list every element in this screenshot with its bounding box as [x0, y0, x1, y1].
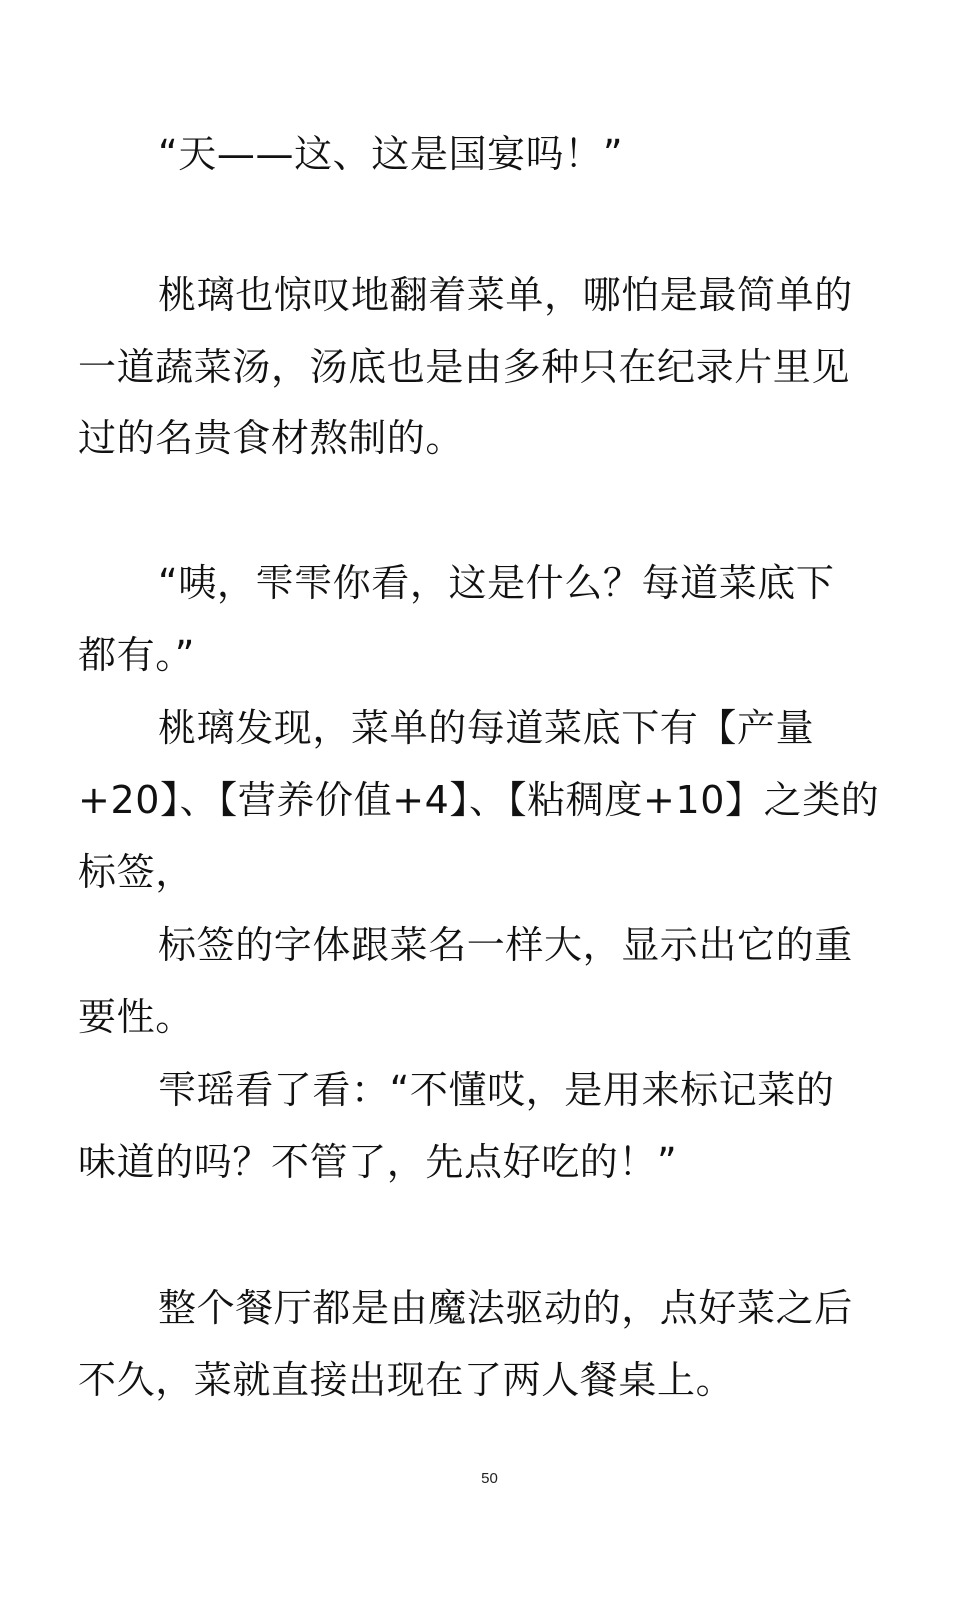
text-line: 一道蔬菜汤，汤底也是由多种只在纪录片里见 [78, 331, 880, 403]
text-line: 雫瑶看了看：“不懂哎，是用来标记菜的 [78, 1054, 960, 1126]
text-line: +20】、【营养价值+4】、【粘稠度+10】之类的 [78, 764, 880, 836]
page-number: 50 [0, 1470, 979, 1487]
text-line: 都有。” [78, 619, 880, 691]
text-line: “咦，雫雫你看，这是什么？每道菜底下 [78, 547, 960, 619]
text-line: 标签的字体跟菜名一样大，显示出它的重 [78, 909, 960, 981]
text-line: 不久，菜就直接出现在了两人餐桌上。 [78, 1344, 880, 1416]
text-line: 味道的吗？不管了，先点好吃的！” [78, 1126, 880, 1198]
text-line: 过的名贵食材熬制的。 [78, 402, 880, 474]
text-line: 标签， [78, 836, 880, 908]
text-line: 桃璃发现，菜单的每道菜底下有【产量 [78, 692, 960, 764]
text-line: 桃璃也惊叹地翻着菜单，哪怕是最简单的 [78, 259, 960, 331]
text-line: 要性。 [78, 981, 880, 1053]
text-line: 整个餐厅都是由魔法驱动的，点好菜之后 [78, 1272, 960, 1344]
text-line: “天——这、这是国宴吗！” [78, 118, 960, 190]
